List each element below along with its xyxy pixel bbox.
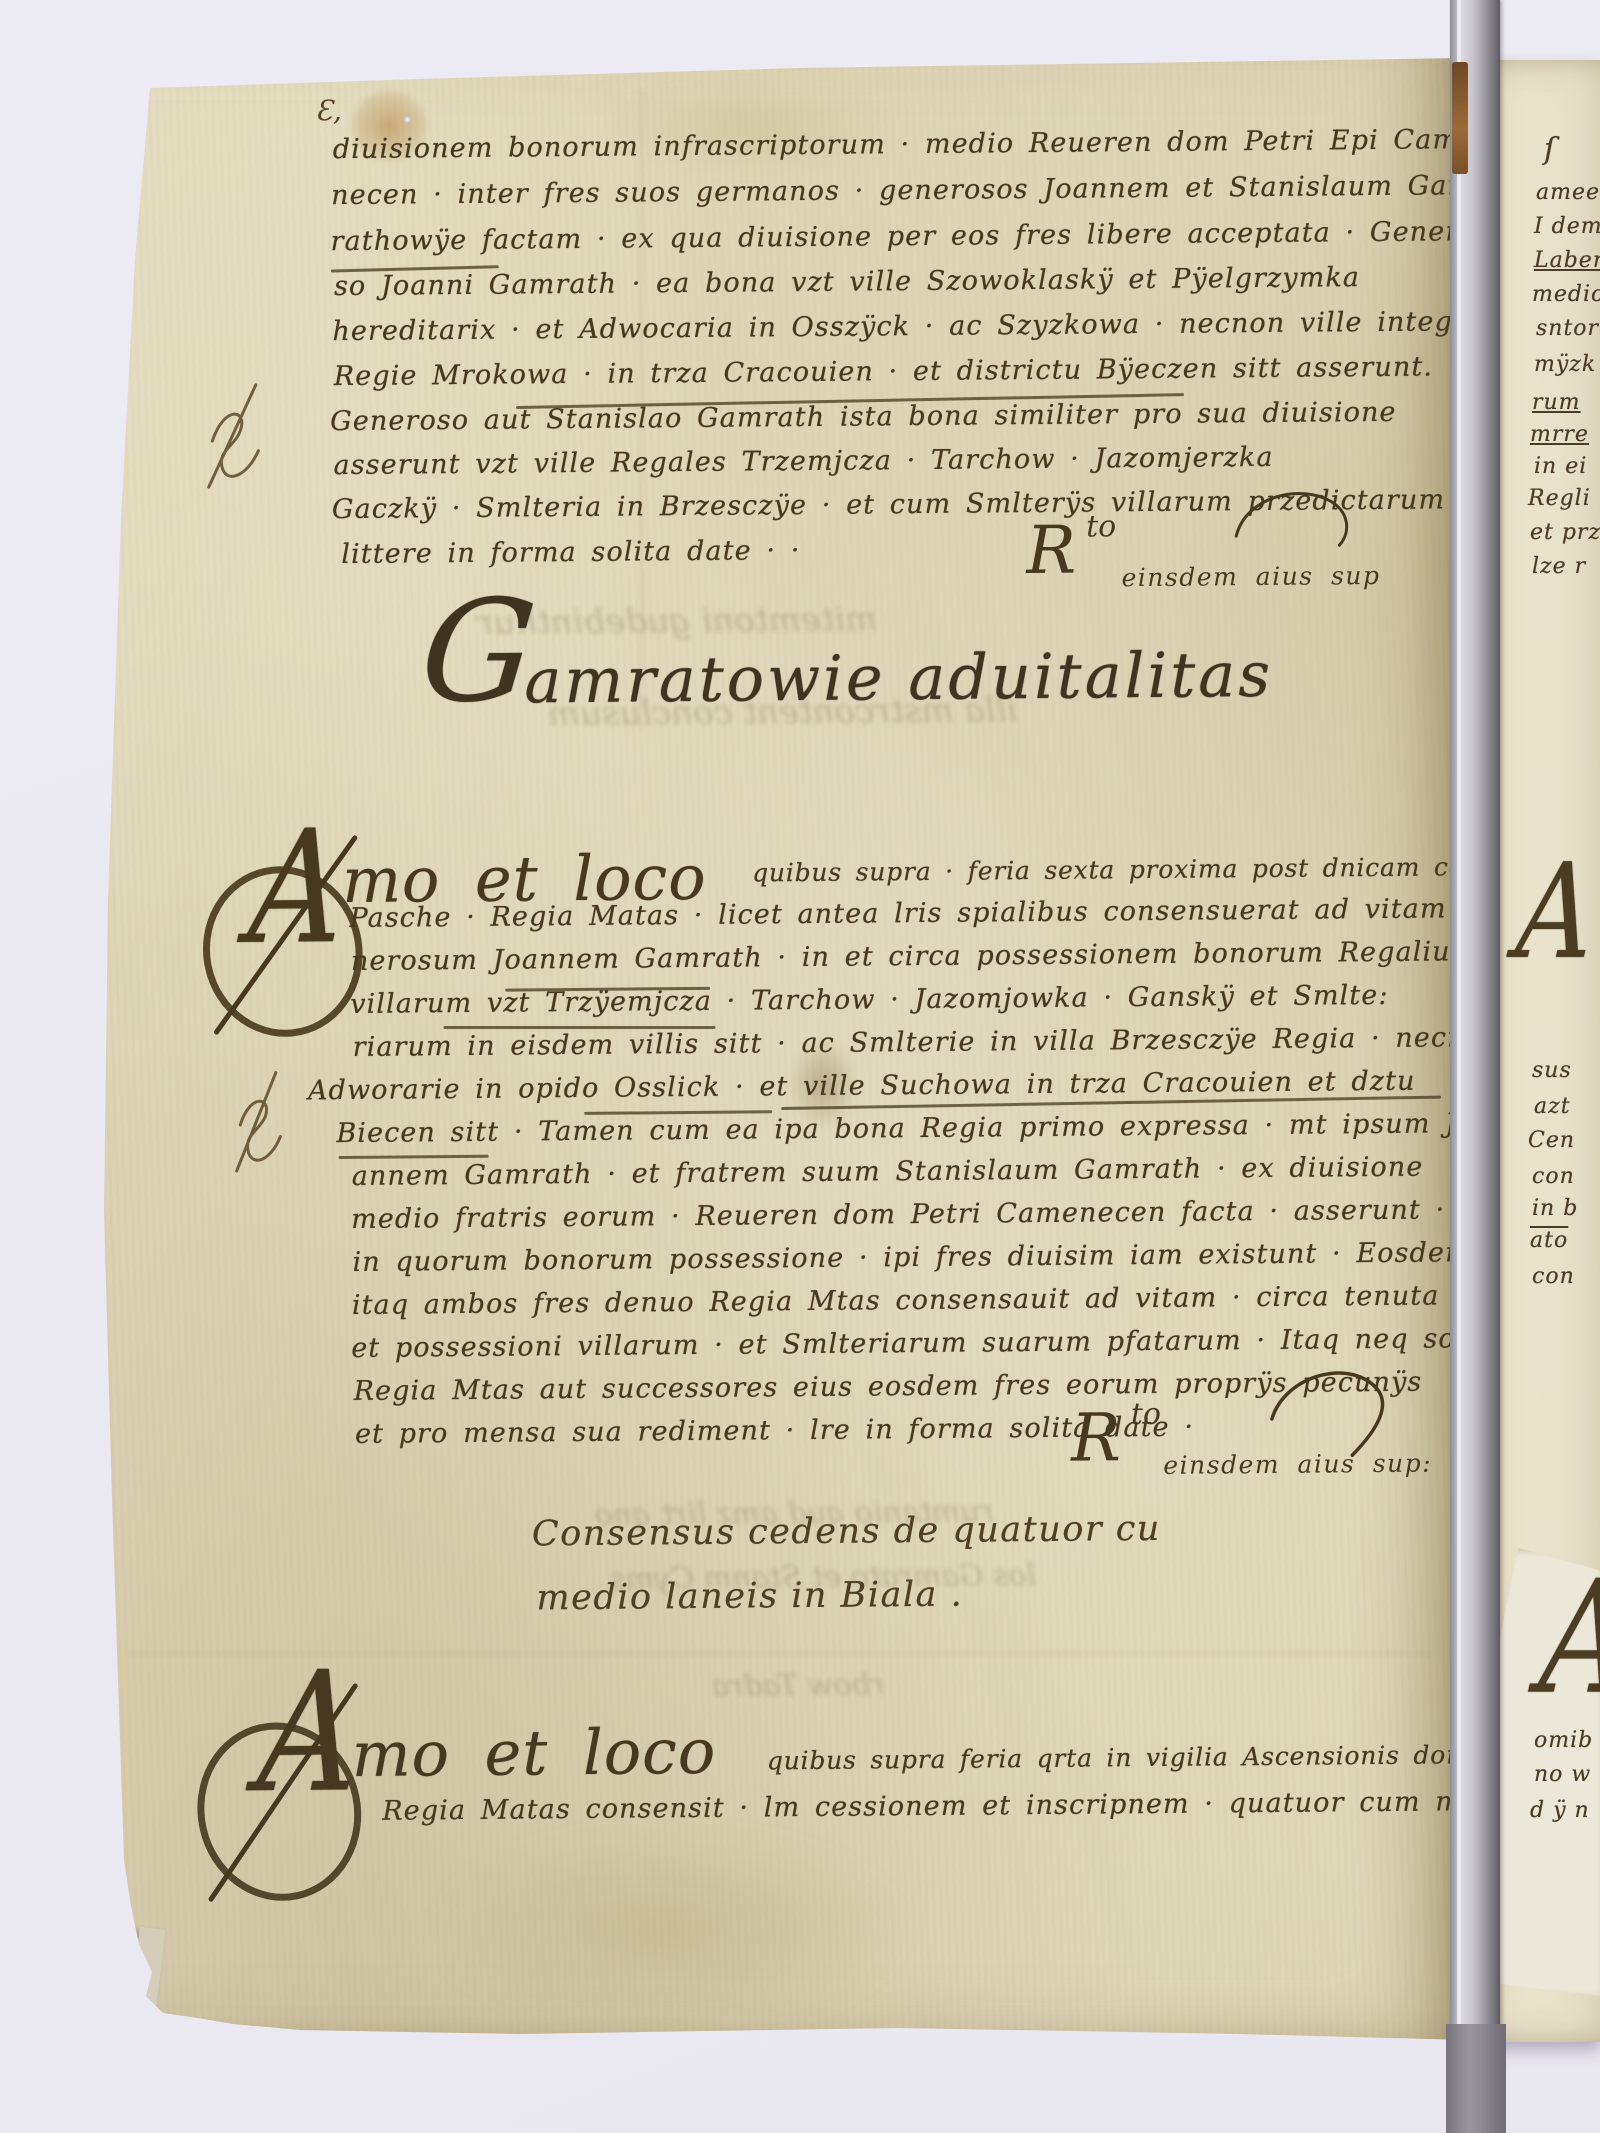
facing-page-fragment: d ÿ n bbox=[1530, 1798, 1590, 1823]
paragraph2-line: medio fratris eorum · Reueren dom Petri … bbox=[351, 1194, 1445, 1235]
paragraph1-line: rathowÿe factam · ex qua diuisione per e… bbox=[330, 216, 1487, 257]
facing-page-fragment: Cen bbox=[1528, 1128, 1575, 1153]
facing-page-fragment: ato bbox=[1530, 1228, 1568, 1253]
clamp-bar-base bbox=[1446, 2024, 1506, 2133]
facing-page-initial: A bbox=[1512, 847, 1599, 978]
paragraph2-line: et possessioni villarum · et Smlteriarum… bbox=[351, 1323, 1483, 1364]
facing-page-fragment: medio bbox=[1532, 282, 1600, 307]
flourish-curl bbox=[1263, 1363, 1399, 1474]
facing-page-fragment: con bbox=[1532, 1164, 1575, 1189]
facing-page-fragment: mÿzk bbox=[1534, 352, 1596, 377]
note-line: Consensus cedens de quatuor cu bbox=[532, 1509, 1161, 1554]
paragraph2-line: annem Gamrath · et fratrem suum Stanisla… bbox=[352, 1152, 1424, 1192]
underline-flourish bbox=[339, 1155, 489, 1159]
main-page: Ɛ, mitemtoni gudebinthur illa mstrconten… bbox=[0, 0, 1466, 2080]
paragraph2-initial: A bbox=[245, 809, 349, 966]
facing-page-fragment: sus bbox=[1532, 1058, 1572, 1083]
paragraph1-line: Generoso aut Stanislao Gamrath ista bona… bbox=[330, 397, 1397, 437]
relatio-superscript: to bbox=[1131, 1397, 1161, 1432]
paragraph1-line: diuisionem bonorum infrascriptorum · med… bbox=[333, 124, 1487, 165]
corner-mark: Ɛ, bbox=[315, 94, 342, 127]
manuscript-photograph: Ɛ, mitemtoni gudebinthur illa mstrconten… bbox=[0, 0, 1600, 2133]
relatio-initial: R bbox=[1071, 1405, 1121, 1471]
paragraph2-line: Biecen sitt · Tamen cum ea ipa bona Regi… bbox=[336, 1108, 1485, 1149]
heading-initial: G bbox=[415, 582, 540, 723]
paragraph2-line: Regia Mtas aut successores eius eosdem f… bbox=[353, 1367, 1422, 1407]
paragraph3-line: quibus supra feria qrta in vigilia Ascen… bbox=[767, 1740, 1505, 1775]
facing-page-fragment: Laber bbox=[1534, 248, 1600, 273]
facing-page-fragment: rum bbox=[1532, 390, 1581, 415]
facing-page-fragment: no w bbox=[1534, 1762, 1591, 1787]
facing-page-fragment: omib bbox=[1534, 1728, 1593, 1753]
paragraph2-line: itaq ambos fres denuo Regia Mtas consens… bbox=[352, 1280, 1440, 1320]
facing-page-fragment: in ei bbox=[1534, 454, 1587, 479]
facing-page-fragment: con bbox=[1532, 1264, 1575, 1289]
paragraph1-line: littere in forma solita date · · bbox=[341, 535, 800, 570]
paragraph2-line: quibus supra · feria sexta proxima post … bbox=[752, 851, 1555, 887]
section-heading: amratowie aduitalitas bbox=[524, 638, 1273, 718]
relatio-initial: R bbox=[1026, 518, 1076, 584]
flourish-curl bbox=[1231, 487, 1362, 558]
facing-page-fragment: ameern bbox=[1536, 180, 1600, 205]
facing-page-fragment: et prz bbox=[1530, 520, 1600, 545]
paragraph2-line: et pro mensa sua rediment · lre in forma… bbox=[355, 1412, 1194, 1450]
relatio-text: einsdem aius sup bbox=[1121, 561, 1380, 592]
facing-page-fragment: sntore bbox=[1536, 316, 1600, 341]
paragraph1-line: hereditarix · et Adwocaria in Osszÿck · … bbox=[332, 306, 1484, 347]
facing-page-fragment: lze r bbox=[1532, 554, 1586, 579]
margin-paraph bbox=[198, 379, 274, 495]
facing-page-fragment: mrre bbox=[1530, 422, 1589, 447]
paragraph1-line: asserunt vzt ville Regales Trzemjcza · T… bbox=[333, 442, 1273, 481]
paragraph1-line: Regie Mrokowa · in trza Cracouien · et d… bbox=[334, 351, 1434, 392]
facing-page-fragment: azt bbox=[1534, 1094, 1571, 1119]
paragraph2-line: in quorum bonorum possessione · ipi fres… bbox=[352, 1237, 1471, 1278]
paragraph3-opening: mo et loco bbox=[351, 1715, 716, 1791]
bleedthrough-line: rbow Tadra bbox=[711, 1667, 885, 1704]
facing-page-fragment: in b bbox=[1532, 1196, 1578, 1221]
relatio-superscript: to bbox=[1086, 509, 1116, 544]
binding-spine-glimpse bbox=[1452, 62, 1468, 174]
paragraph3-initial: A bbox=[254, 1650, 364, 1817]
paragraph1-line: necen · inter fres suos germanos · gener… bbox=[331, 170, 1484, 211]
handwriting-layer: Ɛ, mitemtoni gudebinthur illa mstrconten… bbox=[0, 0, 1481, 2087]
note-line: medio laneis in Biala . bbox=[536, 1575, 963, 1619]
facing-page-fragment: Regli bbox=[1528, 486, 1591, 511]
paragraph2-line: villarum vzt Trzÿemjcza · Tarchow · Jazo… bbox=[350, 980, 1389, 1020]
facing-page-fragment: ſ bbox=[1544, 132, 1556, 167]
margin-paraph bbox=[228, 1068, 291, 1177]
facing-page-fragment: I dem bbox=[1534, 214, 1600, 239]
clamp-bar-highlight bbox=[1457, 0, 1461, 2133]
paragraph2-line: nerosum Joannem Gamrath · in et circa po… bbox=[351, 936, 1502, 977]
paragraph3-line: Regia Matas consensit · lm cessionem et … bbox=[382, 1786, 1525, 1827]
